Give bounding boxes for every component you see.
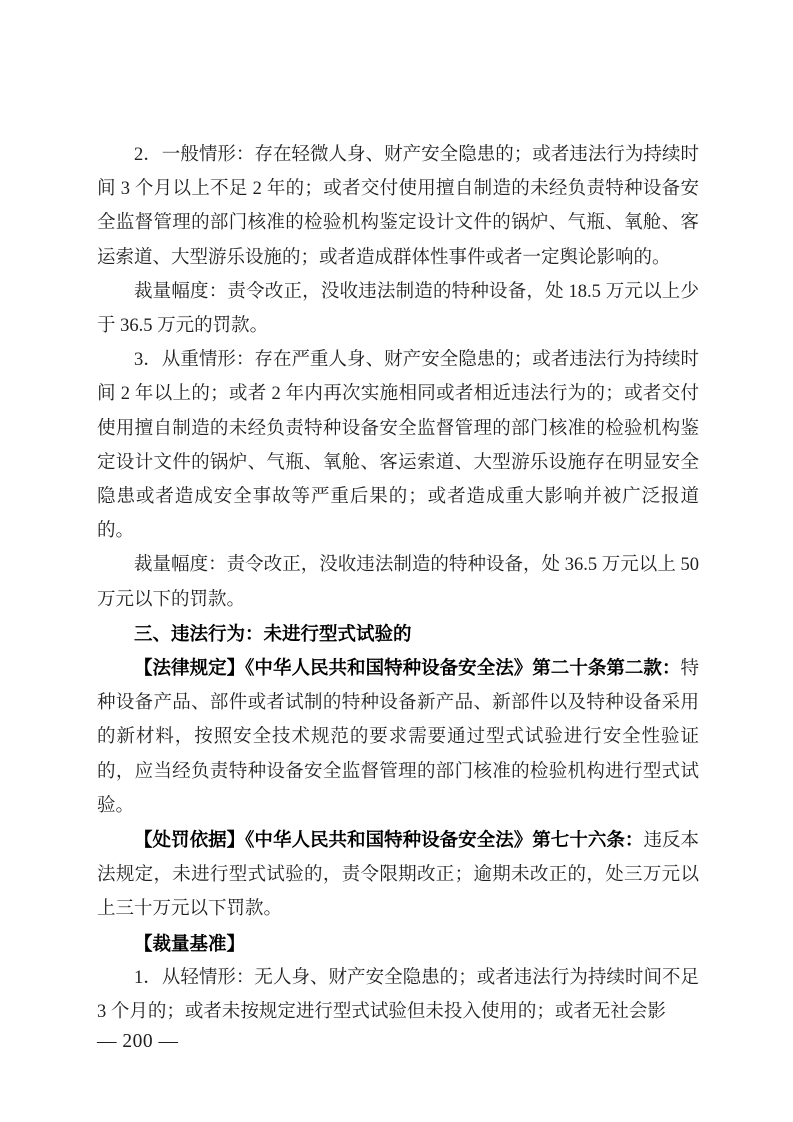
penalty-basis-label: 【处罚依据】《中华人民共和国特种设备安全法》第七十六条： [134, 829, 643, 850]
paragraph-penalty-basis: 【处罚依据】《中华人民共和国特种设备安全法》第七十六条：违反本法规定，未进行型式… [97, 823, 699, 927]
page-content: 2．一般情形：存在轻微人身、财产安全隐患的；或者违法行为持续时间 3 个月以上不… [97, 138, 699, 1029]
legal-provision-text: 特种设备产品、部件或者试制的特种设备新产品、新部件以及特种设备采用的新材料，按照… [97, 659, 699, 816]
page-number-footer: — 200 — [97, 1030, 179, 1054]
paragraph-general-circumstance: 2．一般情形：存在轻微人身、财产安全隐患的；或者违法行为持续时间 3 个月以上不… [97, 138, 699, 275]
paragraph-discretion-range-general: 裁量幅度：责令改正，没收违法制造的特种设备，处 18.5 万元以上少于 36.5… [97, 275, 699, 343]
heading-discretion-benchmark: 【裁量基准】 [97, 927, 699, 961]
paragraph-discretion-range-aggravating: 裁量幅度：责令改正，没收违法制造的特种设备，处 36.5 万元以上 50 万元以… [97, 548, 699, 616]
paragraph-lenient-circumstance: 1．从轻情形：无人身、财产安全隐患的；或者违法行为持续时间不足 3 个月的；或者… [97, 961, 699, 1029]
section-heading-violation-type-test: 三、违法行为：未进行型式试验的 [97, 617, 699, 651]
paragraph-aggravating-circumstance: 3．从重情形：存在严重人身、财产安全隐患的；或者违法行为持续时间 2 年以上的；… [97, 343, 699, 548]
paragraph-legal-provision: 【法律规定】《中华人民共和国特种设备安全法》第二十条第二款：特种设备产品、部件或… [97, 651, 699, 823]
legal-provision-label: 【法律规定】《中华人民共和国特种设备安全法》第二十条第二款： [134, 657, 680, 678]
document-page: 2．一般情形：存在轻微人身、财产安全隐患的；或者违法行为持续时间 3 个月以上不… [0, 0, 793, 1122]
